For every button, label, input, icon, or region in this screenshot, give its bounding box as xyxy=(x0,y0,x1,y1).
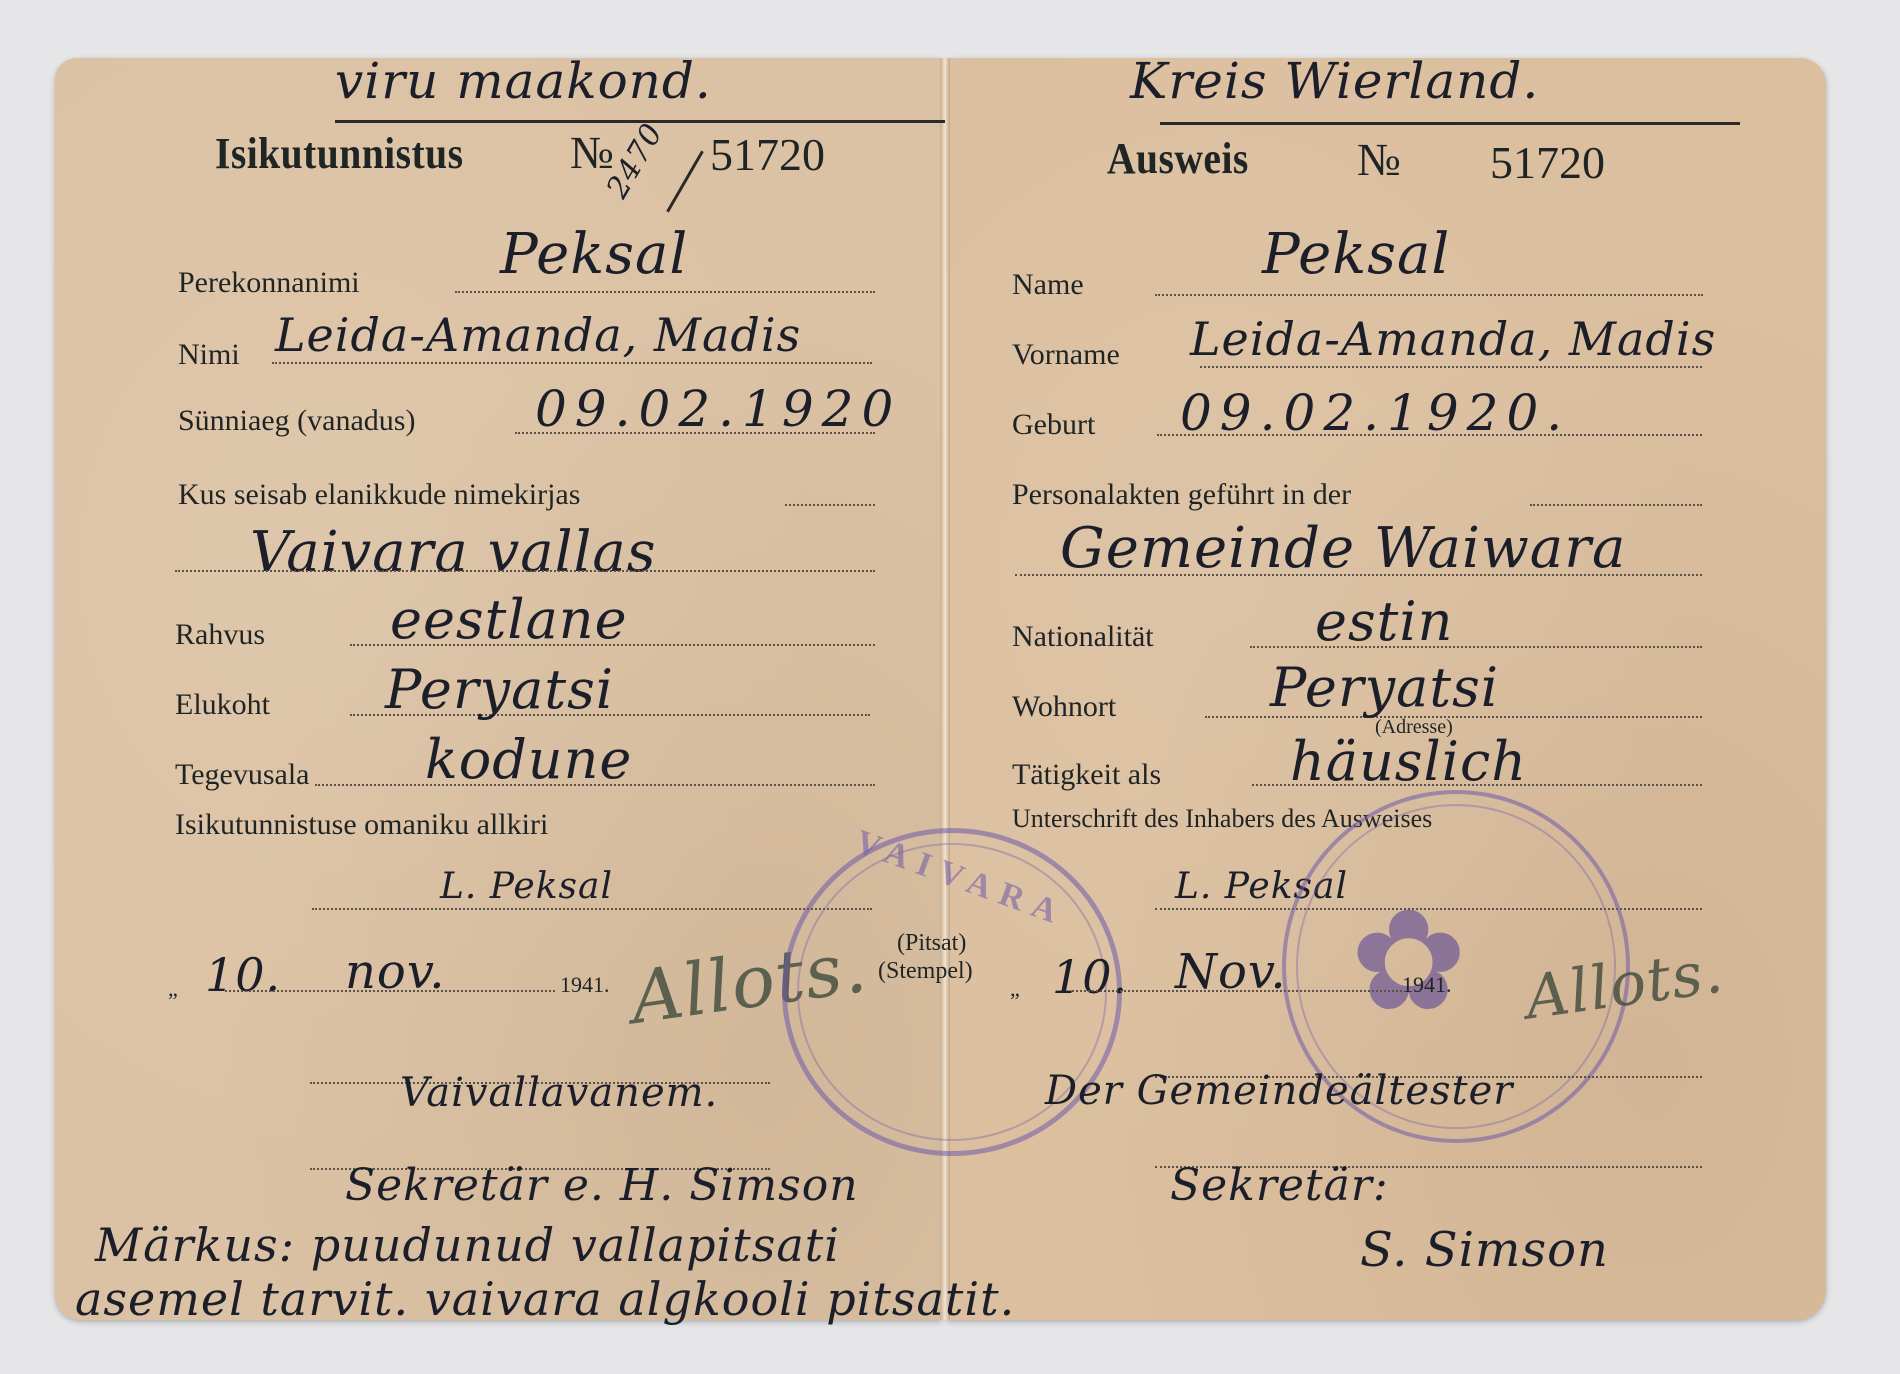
field-label-wohnort: Wohnort xyxy=(1012,690,1116,724)
document-number-left: 51720 xyxy=(710,128,825,181)
signature-line-left xyxy=(312,908,872,910)
date-day-left: 10. xyxy=(205,948,281,1002)
field-value-personalakten: Gemeinde Waiwara xyxy=(1060,516,1626,581)
document-title-left: Isikutunnistus xyxy=(215,128,463,179)
date-line-left xyxy=(225,990,555,992)
field-value-registry: Vaivara vallas xyxy=(250,520,657,585)
elder-signature-left: Vaivallavanem. xyxy=(400,1070,718,1116)
field-value-tatigkeit: häuslich xyxy=(1290,730,1527,793)
field-label-nationalitat: Nationalität xyxy=(1012,620,1154,654)
signature-label-left: Isikutunnistuse omaniku allkiri xyxy=(175,808,548,842)
field-line xyxy=(272,362,872,364)
field-value-nationalitat: estin xyxy=(1315,590,1453,653)
field-label-surname: Perekonnanimi xyxy=(178,266,360,300)
field-label-occupation: Tegevusala xyxy=(175,758,310,792)
stamp-label-estonian: (Pitsat) xyxy=(897,930,966,957)
district-handwritten-right: Kreis Wierland. xyxy=(1130,52,1539,110)
field-value-first-name: Leida-Amanda, Madis xyxy=(275,308,801,362)
field-label-geburt: Geburt xyxy=(1012,408,1095,442)
document-number-right: 51720 xyxy=(1490,136,1605,189)
field-label-first-name: Nimi xyxy=(178,338,240,372)
field-value-surname: Peksal xyxy=(500,222,688,287)
field-line xyxy=(1200,366,1702,368)
field-value-birthdate: 09.02.1920 xyxy=(535,380,901,438)
field-value-vorname: Leida-Amanda, Madis xyxy=(1190,312,1716,366)
date-open-quote-right: „ xyxy=(1010,976,1020,1002)
field-value-residence: Peryatsi xyxy=(385,658,614,721)
date-year-right: 1941. xyxy=(1402,972,1452,998)
field-line xyxy=(1530,504,1702,506)
number-symbol-right: № xyxy=(1357,133,1401,186)
secretary-signature-left: Sekretär e. H. Simson xyxy=(345,1160,859,1211)
field-value-nationality: eestlane xyxy=(390,588,628,651)
date-year-left: 1941. xyxy=(560,972,610,998)
field-line xyxy=(175,570,875,572)
date-line-right xyxy=(1072,990,1402,992)
date-day-right: 10. xyxy=(1052,950,1128,1004)
field-label-birthdate: Sünniaeg (vanadus) xyxy=(178,404,415,438)
stamp-label-german: (Stempel) xyxy=(878,958,973,985)
field-value-occupation: kodune xyxy=(425,728,632,791)
field-label-residence: Elukoht xyxy=(175,688,270,722)
field-label-nationality: Rahvus xyxy=(175,618,265,652)
note-line-1: Märkus: puudunud vallapitsati xyxy=(95,1218,840,1272)
field-label-tatigkeit: Tätigkeit als xyxy=(1012,758,1161,792)
field-label-vorname: Vorname xyxy=(1012,338,1120,372)
header-rule-right xyxy=(1160,122,1740,125)
note-line-2: asemel tarvit. vaivara algkooli pitsatit… xyxy=(75,1272,1015,1326)
secretary-signature-right: S. Simson xyxy=(1360,1222,1609,1278)
holder-signature-left: L. Peksal xyxy=(440,866,613,907)
field-label-registry: Kus seisab elanikkude nimekirjas xyxy=(178,478,580,512)
date-open-quote-left: „ xyxy=(168,976,178,1002)
district-handwritten-left: viru maakond. xyxy=(335,52,712,110)
number-symbol-left: № xyxy=(570,126,614,179)
field-label-name: Name xyxy=(1012,268,1084,302)
elder-signature-right: Der Gemeindeältester xyxy=(1045,1068,1513,1114)
field-line xyxy=(455,291,875,293)
field-value-geburt: 09.02.1920. xyxy=(1180,384,1570,442)
document-title-right: Ausweis xyxy=(1107,133,1249,184)
field-line xyxy=(1015,574,1702,576)
eagle-emblem-icon: ✿ xyxy=(1350,880,1467,1043)
field-label-personalakten: Personalakten geführt in der xyxy=(1012,478,1351,512)
secretary-label-right: Sekretär: xyxy=(1170,1160,1389,1211)
field-line xyxy=(1155,294,1703,296)
field-line xyxy=(785,504,875,506)
field-value-name: Peksal xyxy=(1262,222,1450,287)
field-value-wohnort: Peryatsi xyxy=(1270,656,1499,719)
